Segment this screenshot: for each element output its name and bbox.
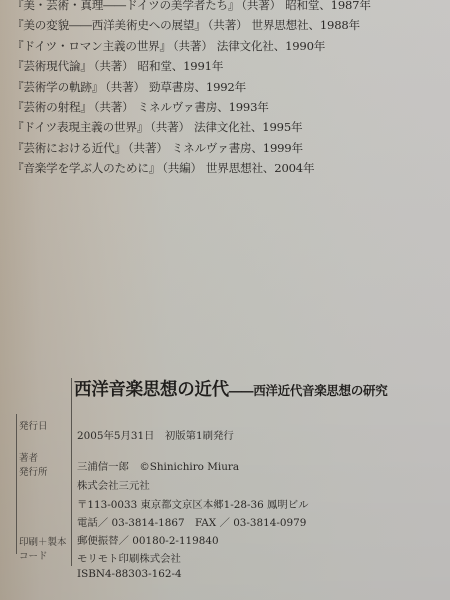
- label-publisher: 発行所: [19, 464, 48, 478]
- bibliography-entry: 『美・芸術・真理――ドイツの美学者たち』（共著）昭和堂、1987年: [12, 0, 371, 15]
- bibliography-entry: 『ドイツ表現主義の世界』（共著）法律文化社、1995年: [12, 117, 371, 137]
- bib-title: 『ドイツ表現主義の世界』: [12, 120, 148, 134]
- bib-title: 『芸術学の軌跡』: [12, 80, 103, 94]
- colophon-title: 西洋音楽思想の近代――西洋近代音楽思想の研究: [74, 376, 387, 401]
- bibliography-entry: 『美の変貌――西洋美術史への展望』（共著）世界思想社、1988年: [12, 15, 371, 35]
- bib-publisher: 法律文化社、1995年: [194, 120, 302, 134]
- bib-role: （共著）: [94, 100, 134, 114]
- label-author: 著者: [19, 450, 38, 464]
- bib-role: （共著）: [150, 120, 190, 134]
- publisher-address: 〒113-0033 東京都文京区本郷1-28-36 鳳明ビル: [77, 496, 309, 511]
- bibliography-entry: 『音楽学を学ぶ人のために』（共編）世界思想社、2004年: [12, 158, 371, 178]
- bib-publisher: 世界思想社、2004年: [206, 161, 314, 175]
- bib-role: （共著）: [94, 59, 134, 73]
- bib-role: （共著）: [173, 39, 213, 53]
- bib-role: （共著）: [105, 80, 145, 94]
- bibliography-entry: 『芸術学の軌跡』（共著）勁草書房、1992年: [12, 77, 371, 97]
- label-printing: 印刷＋製本: [19, 534, 67, 548]
- postal-transfer: 郵便振替／ 00180-2-119840: [77, 532, 219, 547]
- bibliography-entry: 『芸術現代論』（共著）昭和堂、1991年: [12, 56, 371, 76]
- isbn: ISBN4-88303-162-4: [77, 568, 182, 580]
- bib-role: （共著）: [128, 141, 168, 155]
- bib-publisher: ミネルヴァ書房、1993年: [138, 100, 269, 114]
- colophon-rule-left: [16, 414, 17, 554]
- bib-publisher: 世界思想社、1988年: [251, 18, 359, 32]
- bib-publisher: 法律文化社、1990年: [217, 39, 325, 53]
- bib-title: 『音楽学を学ぶ人のために』: [12, 161, 160, 175]
- bibliography-entry: 『芸術における近代』（共著）ミネルヴァ書房、1999年: [12, 138, 371, 158]
- label-code: コード: [19, 548, 48, 562]
- bib-publisher: 昭和堂、1987年: [285, 0, 371, 12]
- bibliography-entry: 『ドイツ・ロマン主義の世界』（共著）法律文化社、1990年: [12, 36, 371, 56]
- bib-publisher: 昭和堂、1991年: [138, 59, 224, 73]
- author-bibliography: 『美・芸術・真理――ドイツの美学者たち』（共著）昭和堂、1987年 『美の変貌―…: [12, 0, 371, 179]
- bibliography-entry: 『芸術の射程』（共著）ミネルヴァ書房、1993年: [12, 97, 371, 117]
- bib-title: 『美の変貌――西洋美術史への展望』: [12, 18, 206, 32]
- publisher-name: 株式会社三元社: [77, 477, 150, 492]
- book-title: 西洋音楽思想の近代: [74, 380, 229, 400]
- bib-role: （共著）: [241, 0, 281, 12]
- bib-title: 『芸術の射程』: [12, 100, 92, 114]
- colophon-rule-right: [71, 378, 72, 566]
- bib-title: 『美・芸術・真理――ドイツの美学者たち』: [12, 0, 239, 12]
- bib-title: 『芸術現代論』: [12, 59, 92, 73]
- issue-date: 2005年5月31日 初版第1刷発行: [77, 427, 234, 442]
- printer-name: モリモト印刷株式会社: [77, 550, 181, 565]
- bib-title: 『芸術における近代』: [12, 141, 126, 155]
- label-issue-date: 発行日: [19, 418, 48, 432]
- bib-title: 『ドイツ・ロマン主義の世界』: [12, 39, 171, 53]
- bib-publisher: ミネルヴァ書房、1999年: [172, 141, 303, 155]
- bib-role: （共著）: [208, 18, 248, 32]
- bib-publisher: 勁草書房、1992年: [149, 80, 246, 94]
- author-name: 三浦信一郎 ©Shinichiro Miura: [77, 458, 239, 473]
- book-subtitle: ――西洋近代音楽思想の研究: [229, 383, 388, 398]
- bib-role: （共編）: [162, 161, 202, 175]
- phone-fax: 電話／ 03-3814-1867 FAX ／ 03-3814-0979: [77, 514, 306, 529]
